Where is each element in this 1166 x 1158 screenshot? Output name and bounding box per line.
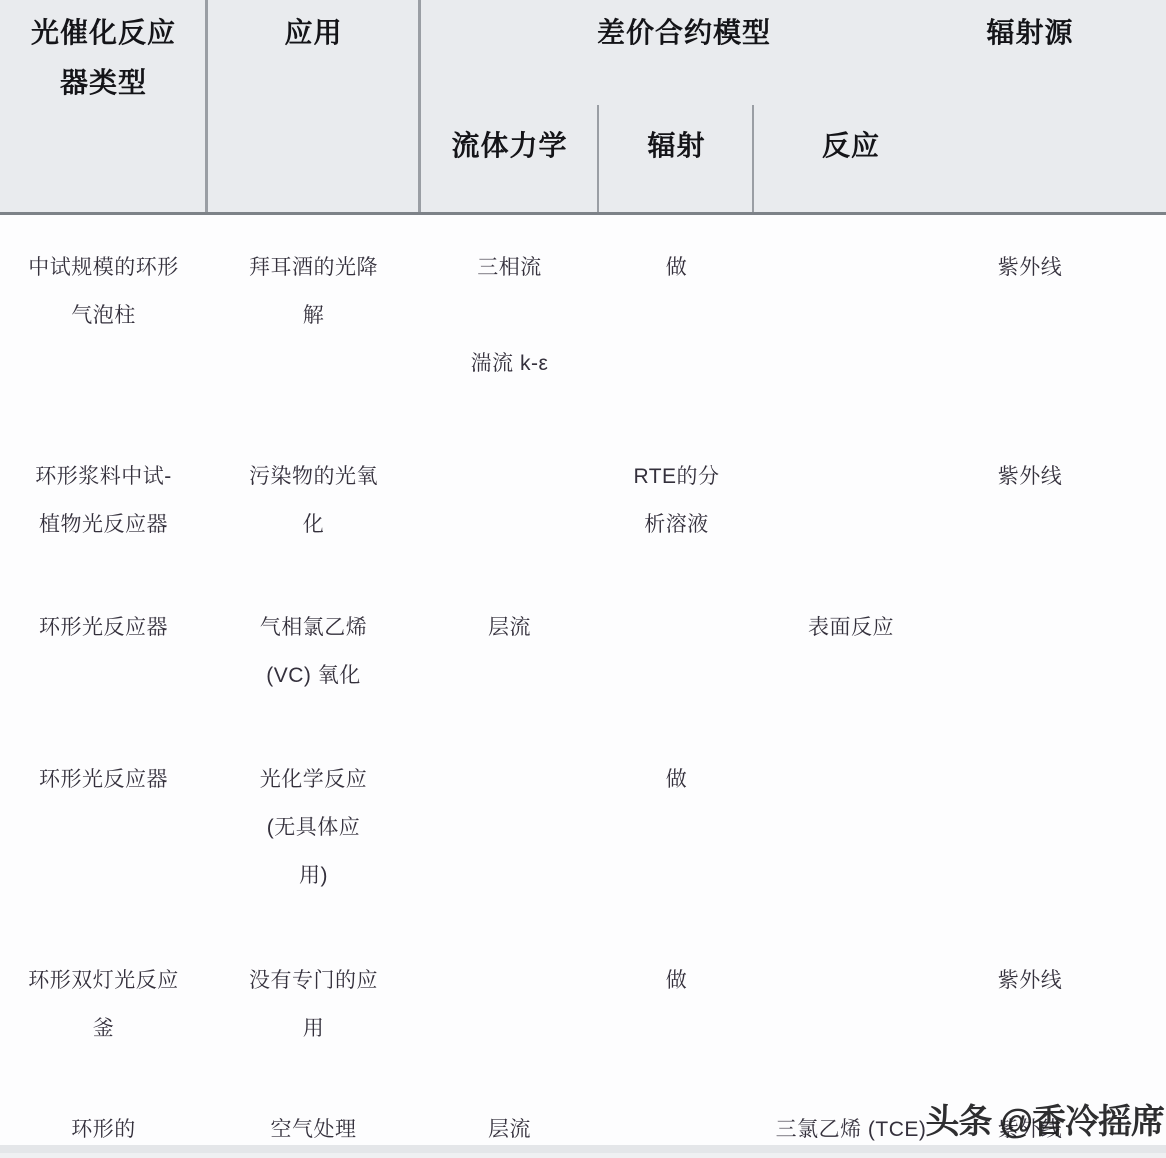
table-row: 环形双灯光反应 釜 没有专门的应 用 做 紫外线 xyxy=(0,925,1166,1074)
cell-application: 没有专门的应 用 xyxy=(207,957,420,1074)
header-cell-cfd-model: 差价合约模型 xyxy=(420,0,948,113)
cell-reactor: 环形光反应器 xyxy=(0,604,207,724)
table-row: 中试规模的环形 气泡柱 拜耳酒的光降 解 三相流 湍流 k-ε 做 紫外线 xyxy=(0,215,1166,421)
cell-radiation: 做 xyxy=(599,756,754,925)
cell-reactor: 环形双灯光反应 釜 xyxy=(0,957,207,1074)
table-row: 环形浆料中试- 植物光反应器 污染物的光氧 化 RTE的分 析溶液 紫外线 xyxy=(0,421,1166,572)
cell-reaction: 表面反应 xyxy=(754,604,948,724)
bottom-divider-band xyxy=(0,1145,1166,1153)
cell-reaction xyxy=(754,453,948,572)
cell-reaction xyxy=(754,756,948,925)
cell-reaction xyxy=(754,244,948,421)
cell-hydrodynamics xyxy=(420,957,599,1074)
header-cell-radiation-source: 辐射源 xyxy=(948,0,1112,113)
column-divider xyxy=(205,0,208,212)
cell-hydrodynamics xyxy=(420,453,599,572)
cell-hydrodynamics: 层流 xyxy=(420,604,599,724)
cell-radiation xyxy=(599,604,754,724)
column-divider xyxy=(418,0,421,212)
cell-application: 污染物的光氧 化 xyxy=(207,453,420,572)
cell-reactor: 环形光反应器 xyxy=(0,756,207,925)
subcolumn-divider xyxy=(752,105,754,212)
bottom-divider-band-light xyxy=(0,1153,1166,1158)
header-cell-reactor-type: 光催化反应 器类型 xyxy=(0,0,207,220)
table-row: 环形光反应器 气相氯乙烯 (VC) 氧化 层流 表面反应 xyxy=(0,572,1166,724)
cell-application: 拜耳酒的光降 解 xyxy=(207,244,420,421)
cell-application: 光化学反应 (无具体应 用) xyxy=(207,756,420,925)
cell-hydrodynamics: 三相流 湍流 k-ε xyxy=(420,244,599,421)
cell-radiation: 做 xyxy=(599,957,754,1074)
cell-source: 紫外线 xyxy=(948,453,1112,572)
header-cell-application: 应用 xyxy=(207,0,420,220)
subcolumn-divider xyxy=(597,105,599,212)
subheader-cell-reaction: 反应 xyxy=(754,105,948,224)
cell-hydrodynamics xyxy=(420,756,599,925)
subheader-cell-hydrodynamics: 流体力学 xyxy=(420,105,599,224)
table-header: 光催化反应 器类型 应用 差价合约模型 辐射源 流体力学 辐射 反应 xyxy=(0,0,1166,212)
cell-radiation: RTE的分 析溶液 xyxy=(599,453,754,572)
cell-radiation: 做 xyxy=(599,244,754,421)
table-screenshot: 光催化反应 器类型 应用 差价合约模型 辐射源 流体力学 辐射 反应 中试规模的… xyxy=(0,0,1166,1158)
cell-source xyxy=(948,604,1112,724)
cell-application: 气相氯乙烯 (VC) 氧化 xyxy=(207,604,420,724)
cell-reactor: 中试规模的环形 气泡柱 xyxy=(0,244,207,421)
cell-source: 紫外线 xyxy=(948,957,1112,1074)
toutiao-watermark: 头条 @香冷摇席 xyxy=(925,1094,1164,1143)
cell-reactor: 环形浆料中试- 植物光反应器 xyxy=(0,453,207,572)
cell-source xyxy=(948,756,1112,925)
cell-reaction xyxy=(754,957,948,1074)
subheader-cell-radiation: 辐射 xyxy=(599,105,754,224)
cell-source: 紫外线 xyxy=(948,244,1112,421)
table-row: 环形光反应器 光化学反应 (无具体应 用) 做 xyxy=(0,724,1166,925)
table-body: 中试规模的环形 气泡柱 拜耳酒的光降 解 三相流 湍流 k-ε 做 紫外线 环形… xyxy=(0,215,1166,1158)
